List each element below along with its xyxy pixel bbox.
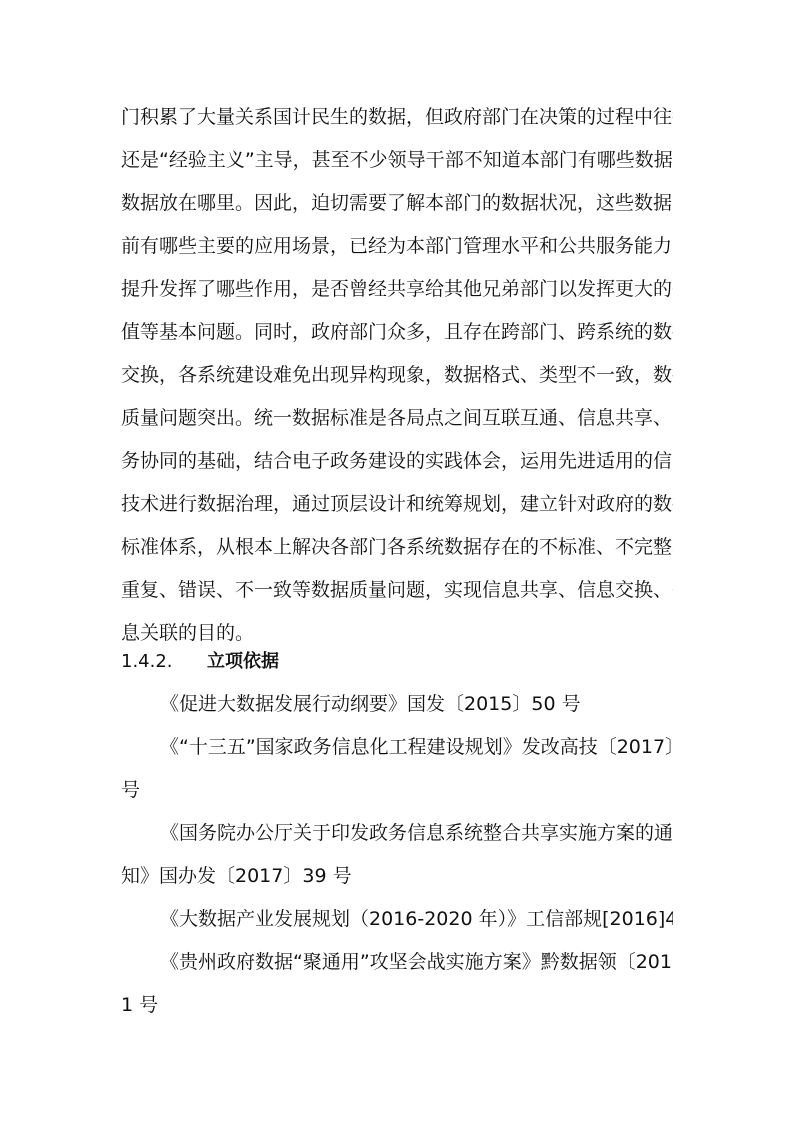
reference-item: 《促进大数据发展行动纲要》国发〔2015〕50 号 <box>160 692 673 716</box>
section-title: 立项依据 <box>207 651 279 672</box>
paragraph-line: 质量问题突出。统一数据标准是各局点之间互联互通、信息共享、业 <box>121 406 673 430</box>
reference-item-continuation: 1 号 <box>121 993 673 1017</box>
paragraph-line: 技术进行数据治理，通过顶层设计和统筹规划，建立针对政府的数据 <box>121 492 673 516</box>
paragraph-line: 重复、错误、不一致等数据质量问题，实现信息共享、信息交换、信 <box>121 578 673 602</box>
reference-item: 《国务院办公厅关于印发政务信息系统整合共享实施方案的通 <box>160 821 673 845</box>
reference-item: 《“十三五”国家政务信息化工程建设规划》发改高技〔2017〕1449 <box>160 735 673 759</box>
reference-item-continuation: 知》国办发〔2017〕39 号 <box>121 864 673 888</box>
paragraph-line: 务协同的基础，结合电子政务建设的实践体会，运用先进适用的信息 <box>121 449 673 473</box>
reference-item: 《大数据产业发展规划（2016-2020 年）》工信部规[2016]412 号 <box>160 907 673 931</box>
section-heading: 1.4.2.立项依据 <box>121 650 279 674</box>
paragraph-line: 标准体系，从根本上解决各部门各系统数据存在的不标准、不完整、 <box>121 535 673 559</box>
reference-item: 《贵州政府数据“聚通用”攻坚会战实施方案》黔数据领〔2016〕 <box>160 950 673 974</box>
paragraph-line: 数据放在哪里。因此，迫切需要了解本部门的数据状况，这些数据目 <box>121 191 673 215</box>
paragraph-line: 提升发挥了哪些作用，是否曾经共享给其他兄弟部门以发挥更大的价 <box>121 277 673 301</box>
paragraph-line: 交换，各系统建设难免出现异构现象，数据格式、类型不一致，数据 <box>121 363 673 387</box>
paragraph-line: 前有哪些主要的应用场景，已经为本部门管理水平和公共服务能力的 <box>121 234 673 258</box>
paragraph-line: 门积累了大量关系国计民生的数据，但政府部门在决策的过程中往往 <box>121 105 673 129</box>
paragraph-line: 息关联的目的。 <box>121 621 673 645</box>
section-number: 1.4.2. <box>121 650 207 674</box>
reference-item-continuation: 号 <box>121 778 673 802</box>
paragraph-line: 值等基本问题。同时，政府部门众多，且存在跨部门、跨系统的数据 <box>121 320 673 344</box>
document-page: 门积累了大量关系国计民生的数据，但政府部门在决策的过程中往往 还是“经验主义”主… <box>0 0 793 1122</box>
paragraph-line: 还是“经验主义”主导，甚至不少领导干部不知道本部门有哪些数据， <box>121 148 673 172</box>
